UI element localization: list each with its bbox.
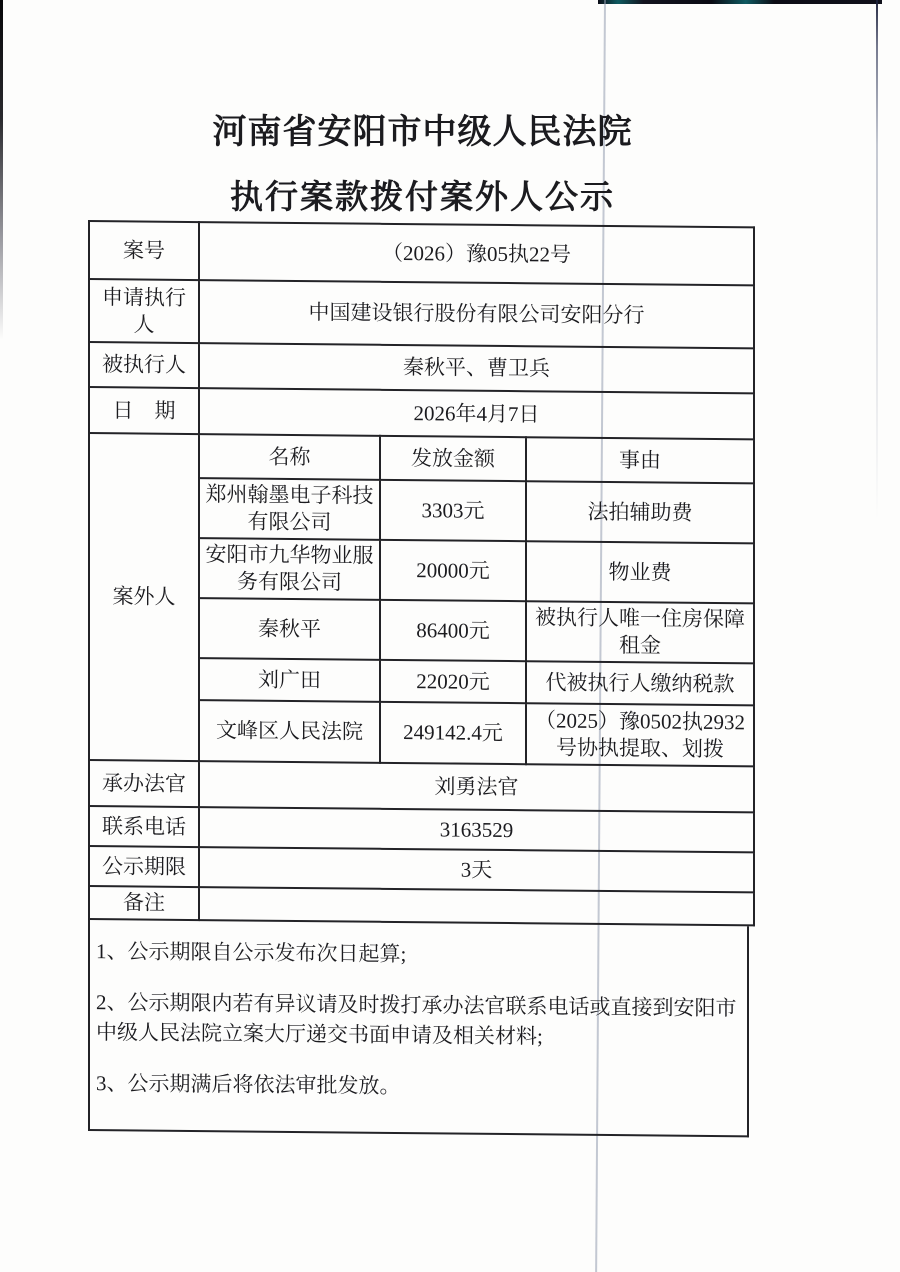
outsider-reason: 法拍辅助费 <box>526 481 754 543</box>
outsider-amount: 3303元 <box>380 480 526 541</box>
table-row: 公示期限 3天 <box>89 846 754 892</box>
table-row: 案外人 名称 发放金额 事由 <box>89 433 754 483</box>
remarks-label: 备注 <box>89 886 199 920</box>
remarks-value <box>199 887 754 925</box>
executee-label: 被执行人 <box>89 342 199 388</box>
table-row: 备注 <box>89 886 754 925</box>
court-name-title: 河南省安阳市中级人民法院 <box>0 106 845 158</box>
applicant-value: 中国建设银行股份有限公司安阳分行 <box>199 280 754 348</box>
outsider-amount: 86400元 <box>380 600 526 661</box>
table-row: 被执行人 秦秋平、曹卫兵 <box>89 342 754 393</box>
outsider-amount: 22020元 <box>380 660 526 703</box>
note-item: 2、公示期限内若有异议请及时拨打承办法官联系电话或直接到安阳市中级人民法院立案大… <box>96 987 741 1053</box>
table-row: 联系电话 3163529 <box>89 806 754 852</box>
applicant-label: 申请执行人 <box>89 279 199 343</box>
outsider-name: 安阳市九华物业服务有限公司 <box>199 538 380 600</box>
outsider-reason: 物业费 <box>526 541 754 603</box>
phone-value: 3163529 <box>199 807 754 852</box>
scan-top-edge-artifact <box>598 0 882 4</box>
outsider-reason: （2025）豫0502执2932号协执提取、划拨 <box>526 703 754 766</box>
outsider-amount: 249142.4元 <box>380 702 526 764</box>
notice-body: 案号 （2026）豫05执22号 申请执行人 中国建设银行股份有限公司安阳分行 … <box>88 220 753 1137</box>
case-number-label: 案号 <box>89 221 199 280</box>
table-row: 申请执行人 中国建设银行股份有限公司安阳分行 <box>89 279 754 348</box>
notice-table: 案号 （2026）豫05执22号 申请执行人 中国建设银行股份有限公司安阳分行 … <box>88 220 755 926</box>
period-label: 公示期限 <box>89 846 199 887</box>
date-label: 日 期 <box>89 387 199 434</box>
outsider-amount: 20000元 <box>380 540 526 601</box>
table-row: 承办法官 刘勇法官 <box>89 760 754 812</box>
executee-value: 秦秋平、曹卫兵 <box>199 343 754 393</box>
phone-label: 联系电话 <box>89 806 199 847</box>
note-item: 1、公示期限自公示发布次日起算; <box>96 936 741 972</box>
outsider-reason: 代被执行人缴纳税款 <box>526 661 754 705</box>
table-row: 日 期 2026年4月7日 <box>89 387 754 439</box>
col-header-amount: 发放金额 <box>380 436 526 481</box>
judge-value: 刘勇法官 <box>199 761 754 812</box>
case-number-value: （2026）豫05执22号 <box>199 222 754 285</box>
outsider-name: 刘广田 <box>199 658 380 702</box>
document-title: 河南省安阳市中级人民法院 执行案款拨付案外人公示 <box>0 106 845 220</box>
outsiders-label: 案外人 <box>89 433 199 761</box>
period-value: 3天 <box>199 847 754 892</box>
scan-fold-line-right <box>876 0 878 520</box>
notice-subtitle: 执行案款拨付案外人公示 <box>0 174 845 220</box>
note-item: 3、公示期满后将依法审批发放。 <box>96 1068 741 1104</box>
notes-box: 1、公示期限自公示发布次日起算; 2、公示期限内若有异议请及时拨打承办法官联系电… <box>88 920 749 1137</box>
judge-label: 承办法官 <box>89 760 199 807</box>
col-header-reason: 事由 <box>526 437 754 483</box>
outsider-name: 秦秋平 <box>199 598 380 660</box>
table-row: 案号 （2026）豫05执22号 <box>89 221 754 285</box>
date-value: 2026年4月7日 <box>199 388 754 439</box>
outsider-name: 文峰区人民法院 <box>199 700 380 763</box>
col-header-name: 名称 <box>199 434 380 480</box>
outsider-name: 郑州翰墨电子科技有限公司 <box>199 478 380 540</box>
scanned-court-notice-page: 河南省安阳市中级人民法院 执行案款拨付案外人公示 案号 （2026）豫05执22… <box>0 0 900 1272</box>
outsider-reason: 被执行人唯一住房保障租金 <box>526 601 754 663</box>
